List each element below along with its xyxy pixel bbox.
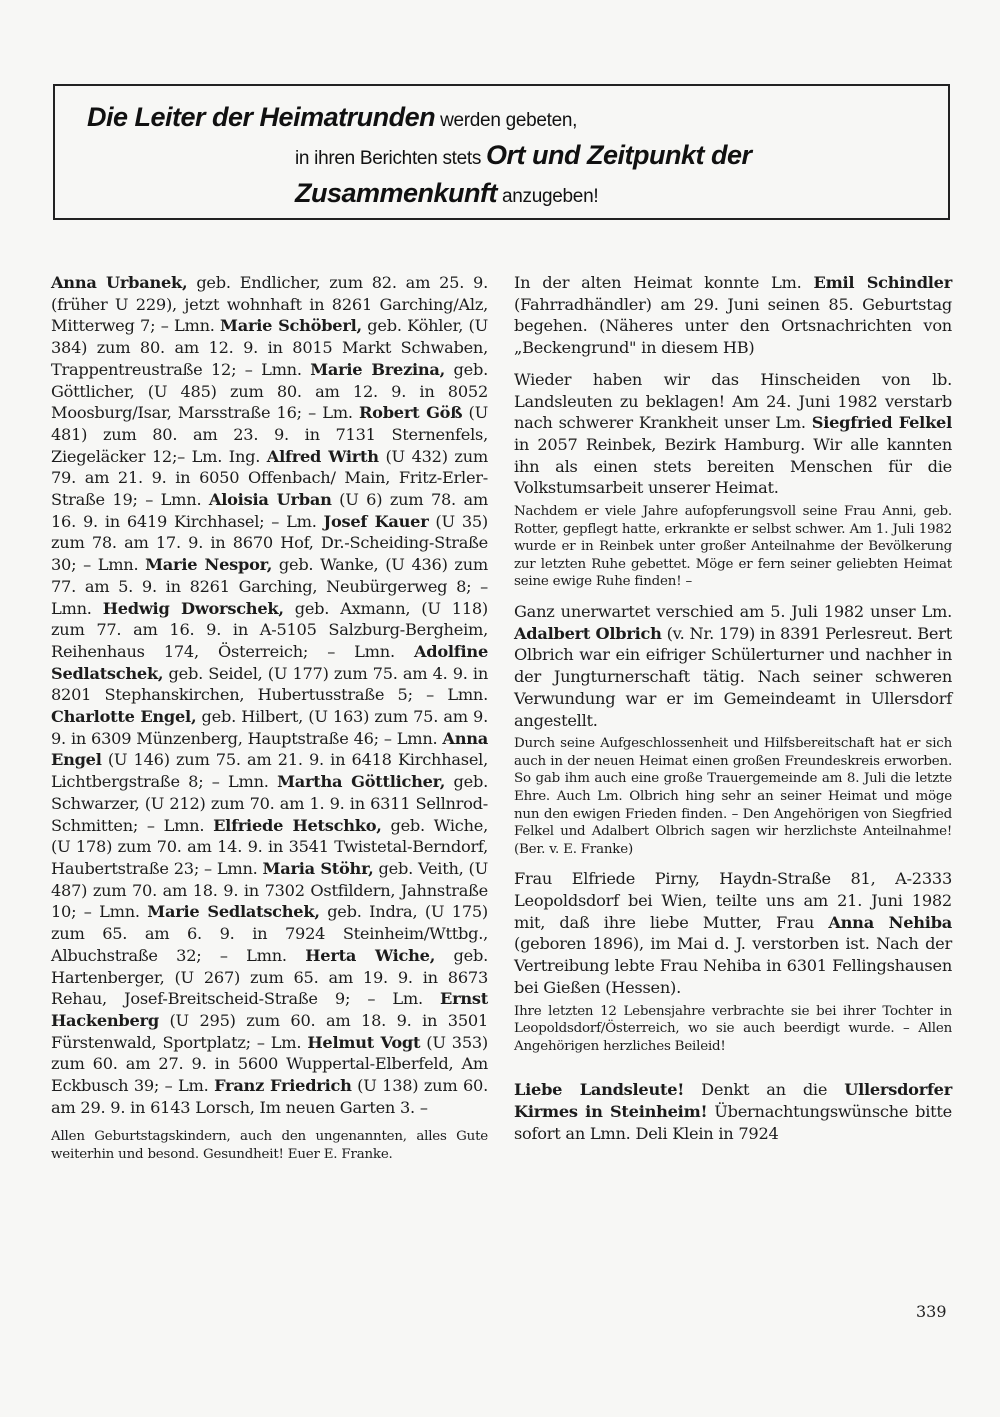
person-name: Hedwig Dworschek, — [103, 599, 284, 618]
person-name: Helmut Vogt — [307, 1033, 420, 1052]
person-name: Martha Göttlicher, — [277, 772, 445, 791]
person-name: Herta Wiche, — [305, 946, 435, 965]
paragraph-felkel-details: Nachdem er viele Jahre aufopferungsvoll … — [514, 503, 952, 591]
paragraph-felkel: Wieder haben wir das Hinscheiden von lb.… — [514, 369, 952, 499]
paragraph-text: (geboren 1896), im Mai d. J. verstorben … — [514, 934, 952, 996]
birthday-list: Anna Urbanek, geb. Endlicher, zum 82. am… — [51, 272, 488, 1118]
left-column: Anna Urbanek, geb. Endlicher, zum 82. am… — [51, 272, 488, 1164]
notice-text: in ihren Berichten stets — [295, 148, 486, 169]
person-name: Siegfried Felkel — [812, 413, 952, 432]
birthday-closing: Allen Geburtstagskindern, auch den ungen… — [51, 1128, 488, 1163]
notice-line-1: Die Leiter der Heimatrunden werden gebet… — [87, 102, 577, 133]
person-name: Adalbert Olbrich — [514, 624, 662, 643]
person-name: Elfriede Hetschko, — [213, 816, 382, 835]
person-name: Marie Schöberl, — [220, 316, 362, 335]
person-name: Marie Sedlatschek, — [147, 902, 319, 921]
person-name: Anna Nehiba — [828, 913, 952, 932]
notice-emphasis: Zusammenkunft — [295, 178, 497, 208]
paragraph-text: in 2057 Reinbek, Bezirk Hamburg. Wir all… — [514, 435, 952, 497]
notice-text: werden gebeten, — [435, 110, 577, 131]
person-name: Marie Nespor, — [145, 555, 272, 574]
notice-line-2: in ihren Berichten stets Ort und Zeitpun… — [295, 140, 752, 171]
page-number: 339 — [916, 1302, 947, 1321]
paragraph-text: (Fahrradhändler) am 29. Juni seinen 85. … — [514, 295, 952, 357]
notice-emphasis: Die Leiter der Heimatrunden — [87, 102, 435, 132]
paragraph-olbrich: Ganz unerwartet verschied am 5. Juli 198… — [514, 601, 952, 731]
person-name: Franz Friedrich — [214, 1076, 352, 1095]
person-name: Josef Kauer — [324, 512, 429, 531]
notice-line-3: Zusammenkunft anzugeben! — [295, 178, 598, 209]
paragraph-nehiba: Frau Elfriede Pirny, Haydn-Straße 81, A-… — [514, 868, 952, 998]
paragraph-schindler: In der alten Heimat konnte Lm. Emil Schi… — [514, 272, 952, 359]
person-name: Aloisia Urban — [209, 490, 332, 509]
person-name: Alfred Wirth — [267, 447, 379, 466]
person-name: Marie Brezina, — [310, 360, 445, 379]
paragraph-text: Ganz unerwartet verschied am 5. Juli 198… — [514, 602, 952, 621]
right-column: In der alten Heimat konnte Lm. Emil Schi… — [514, 272, 952, 1144]
person-name: Charlotte Engel, — [51, 707, 196, 726]
notice-emphasis: Ort und Zeitpunkt der — [486, 140, 752, 170]
paragraph-text: In der alten Heimat konnte Lm. — [514, 273, 814, 292]
person-name: Maria Stöhr, — [263, 859, 374, 878]
person-name: Emil Schindler — [814, 273, 953, 292]
person-name: Anna Urbanek, — [51, 273, 187, 292]
paragraph-kirmes: Liebe Landsleute! Denkt an die Ullersdor… — [514, 1079, 952, 1144]
notice-text: anzugeben! — [497, 186, 598, 207]
notice-box: Die Leiter der Heimatrunden werden gebet… — [53, 84, 950, 220]
paragraph-text: Denkt an die — [684, 1080, 844, 1099]
emphasis: Liebe Landsleute! — [514, 1080, 684, 1099]
paragraph-nehiba-details: Ihre letzten 12 Lebensjahre verbrachte s… — [514, 1003, 952, 1056]
person-name: Robert Göß — [359, 403, 462, 422]
paragraph-olbrich-details: Durch seine Aufgeschlossenheit und Hilfs… — [514, 735, 952, 858]
